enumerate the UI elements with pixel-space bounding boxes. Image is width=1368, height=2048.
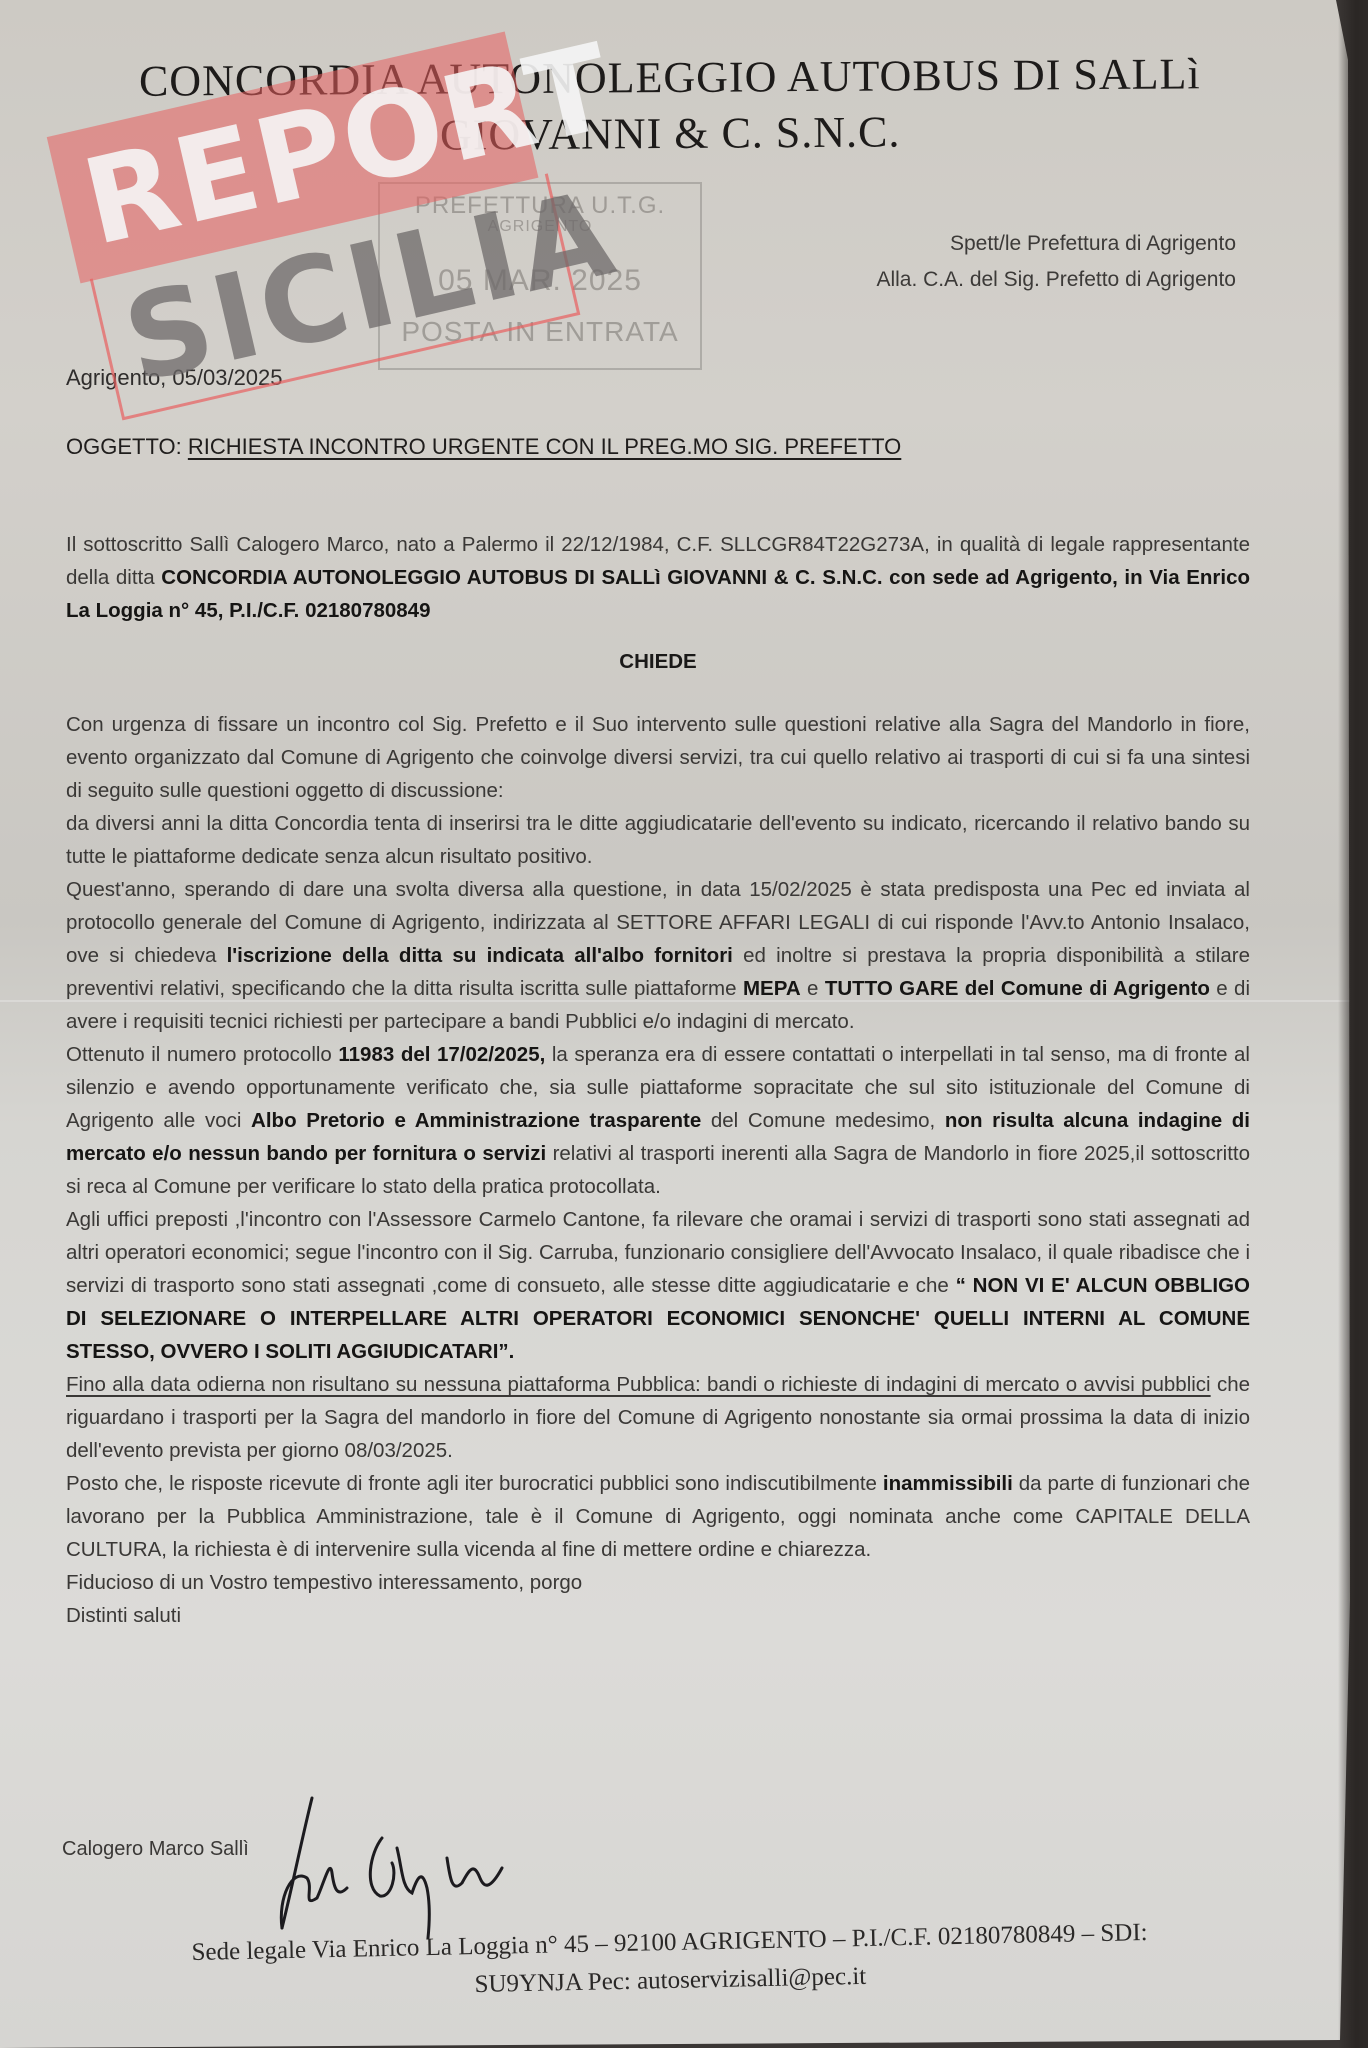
p3-text-e: e — [801, 977, 825, 1000]
subject-text: RICHIESTA INCONTRO URGENTE CON IL PREG.M… — [188, 434, 901, 459]
p3-bold-d: MEPA — [743, 977, 801, 1000]
addressee-line-1: Spett/le Prefettura di Agrigento — [876, 226, 1236, 262]
p3-bold-f: TUTTO GARE del Comune di Agrigento — [825, 977, 1210, 1000]
paragraph-6: Fino alla data odierna non risultano su … — [66, 1368, 1250, 1467]
document-page: CONCORDIA AUTONOLEGGIO AUTOBUS DI SALLì … — [0, 0, 1352, 2048]
paragraph-1: Con urgenza di fissare un incontro col S… — [66, 708, 1250, 807]
p4-bold-b: 11983 del 17/02/2025, — [338, 1043, 545, 1066]
stamp-office: PREFETTURA U.T.G. — [380, 192, 700, 220]
signature-block: Calogero Marco Sallì — [62, 1838, 249, 1861]
addressee-line-2: Alla. C.A. del Sig. Prefetto di Agrigent… — [876, 262, 1236, 298]
p7-text-a: Posto che, le risposte ricevute di front… — [66, 1472, 883, 1495]
paragraph-5: Agli uffici preposti ,l'incontro con l'A… — [66, 1203, 1250, 1368]
paragraph-7: Posto che, le risposte ricevute di front… — [66, 1467, 1250, 1566]
paragraph-2: da diversi anni la ditta Concordia tenta… — [66, 807, 1250, 873]
page-edge-shadow — [1338, 0, 1368, 2048]
place-date: Agrigento, 05/03/2025 — [66, 365, 283, 391]
letter-body: Il sottoscritto Sallì Calogero Marco, na… — [66, 528, 1250, 1632]
subject-label: OGGETTO: — [66, 434, 182, 459]
letterhead-line-1: CONCORDIA AUTONOLEGGIO AUTOBUS DI SALLì — [110, 46, 1230, 110]
paragraph-3: Quest'anno, sperando di dare una svolta … — [66, 873, 1250, 1038]
p6-underlined: Fino alla data odierna non risultano su … — [66, 1373, 1211, 1396]
intro-paragraph: Il sottoscritto Sallì Calogero Marco, na… — [66, 528, 1250, 627]
p4-bold-d: Albo Pretorio e Amministrazione traspare… — [251, 1109, 701, 1132]
p4-text-a: Ottenuto il numero protocollo — [66, 1043, 338, 1066]
letterhead: CONCORDIA AUTONOLEGGIO AUTOBUS DI SALLì … — [110, 46, 1231, 166]
paragraph-4: Ottenuto il numero protocollo 11983 del … — [66, 1038, 1250, 1203]
closing-line: Fiducioso di un Vostro tempestivo intere… — [66, 1566, 1250, 1599]
p4-text-e: del Comune medesimo, — [701, 1109, 945, 1132]
stamp-label: POSTA IN ENTRATA — [380, 316, 700, 348]
signatory-name: Calogero Marco Sallì — [62, 1838, 249, 1861]
handwritten-signature-icon — [252, 1778, 592, 1948]
stamp-city: AGRIGENTO — [380, 218, 700, 236]
request-heading: CHIEDE — [66, 645, 1250, 678]
received-stamp: PREFETTURA U.T.G. AGRIGENTO 05 MAR. 2025… — [378, 182, 702, 370]
addressee-block: Spett/le Prefettura di Agrigento Alla. C… — [876, 226, 1236, 298]
letterhead-line-2: GIOVANNI & C. S.N.C. — [110, 102, 1230, 166]
p3-bold-b: l'iscrizione della ditta su indicata all… — [227, 944, 733, 967]
stamp-date: 05 MAR. 2025 — [380, 264, 700, 298]
subject-line: OGGETTO: RICHIESTA INCONTRO URGENTE CON … — [66, 434, 901, 460]
p7-bold-b: inammissibili — [883, 1472, 1013, 1495]
greeting: Distinti saluti — [66, 1599, 1250, 1632]
company-details: CONCORDIA AUTONOLEGGIO AUTOBUS DI SALLì … — [66, 566, 1250, 622]
